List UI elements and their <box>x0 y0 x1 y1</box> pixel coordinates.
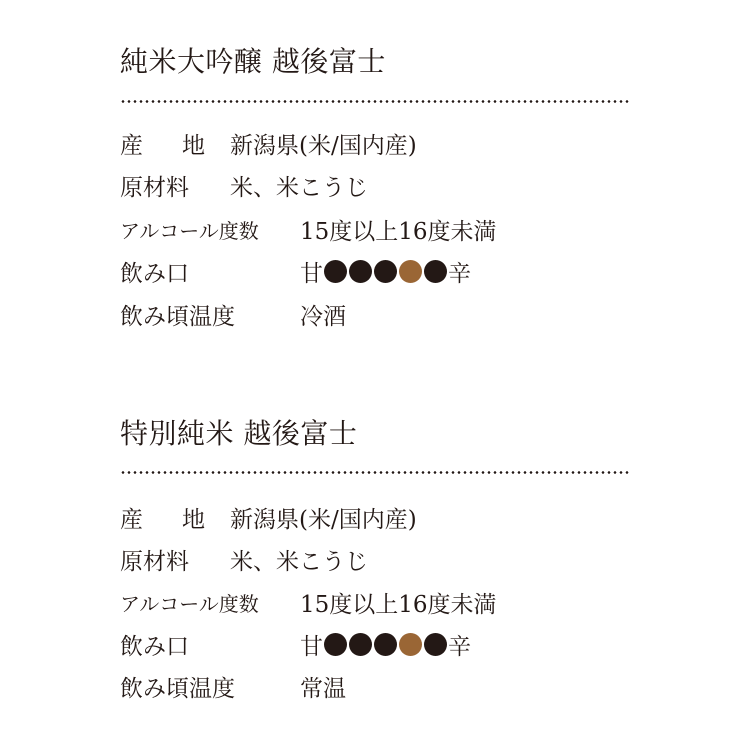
taste-dot-5 <box>424 260 447 283</box>
spec-row-ingredients: 原材料 米、米こうじ <box>120 168 189 202</box>
alcohol-value: 15度以上16度未満 <box>300 213 497 246</box>
temperature-label: 飲み頃温度 <box>120 298 235 331</box>
spec-row-temperature: 飲み頃温度 冷酒 <box>120 297 235 331</box>
taste-label: 飲み口 <box>120 628 189 661</box>
taste-dot-3 <box>374 633 397 656</box>
temperature-value: 冷酒 <box>300 298 346 331</box>
ingredients-value: 米、米こうじ <box>230 169 368 202</box>
taste-dot-4-selected <box>399 633 422 656</box>
dry-label: 辛 <box>448 255 471 288</box>
spec-row-ingredients: 原材料 米、米こうじ <box>120 542 189 576</box>
sweet-label: 甘 <box>300 628 323 661</box>
taste-dot-2 <box>349 633 372 656</box>
spec-row-taste: 飲み口 甘 辛 <box>120 627 189 661</box>
product-title: 純米大吟醸 越後富士 <box>120 46 386 78</box>
alcohol-label: アルコール度数 <box>120 215 259 244</box>
origin-value: 新潟県(米/国内産) <box>230 501 417 534</box>
spec-row-temperature: 飲み頃温度 常温 <box>120 669 235 703</box>
spec-row-alcohol: アルコール度数 15度以上16度未満 <box>120 585 259 619</box>
temperature-value: 常温 <box>300 670 346 703</box>
temperature-label: 飲み頃温度 <box>120 670 235 703</box>
ingredients-value: 米、米こうじ <box>230 543 368 576</box>
ingredients-label: 原材料 <box>120 543 189 576</box>
taste-dot-3 <box>374 260 397 283</box>
spec-row-origin: 産 地 新潟県(米/国内産) <box>120 126 213 160</box>
alcohol-label: アルコール度数 <box>120 588 259 617</box>
alcohol-value: 15度以上16度未満 <box>300 586 497 619</box>
origin-label: 産 地 <box>120 127 213 160</box>
ingredients-label: 原材料 <box>120 169 189 202</box>
taste-dot-4-selected <box>399 260 422 283</box>
taste-dot-1 <box>324 633 347 656</box>
taste-dot-5 <box>424 633 447 656</box>
product-title: 特別純米 越後富士 <box>120 418 357 450</box>
taste-scale: 甘 辛 <box>300 255 471 288</box>
taste-dot-2 <box>349 260 372 283</box>
taste-dot-1 <box>324 260 347 283</box>
dry-label: 辛 <box>448 628 471 661</box>
dotted-divider <box>120 100 630 103</box>
spec-row-alcohol: アルコール度数 15度以上16度未満 <box>120 212 259 246</box>
taste-scale: 甘 辛 <box>300 628 471 661</box>
sweet-label: 甘 <box>300 255 323 288</box>
origin-label: 産 地 <box>120 501 213 534</box>
dotted-divider <box>120 471 630 474</box>
spec-row-taste: 飲み口 甘 辛 <box>120 254 189 288</box>
origin-value: 新潟県(米/国内産) <box>230 127 417 160</box>
taste-label: 飲み口 <box>120 255 189 288</box>
spec-row-origin: 産 地 新潟県(米/国内産) <box>120 500 213 534</box>
